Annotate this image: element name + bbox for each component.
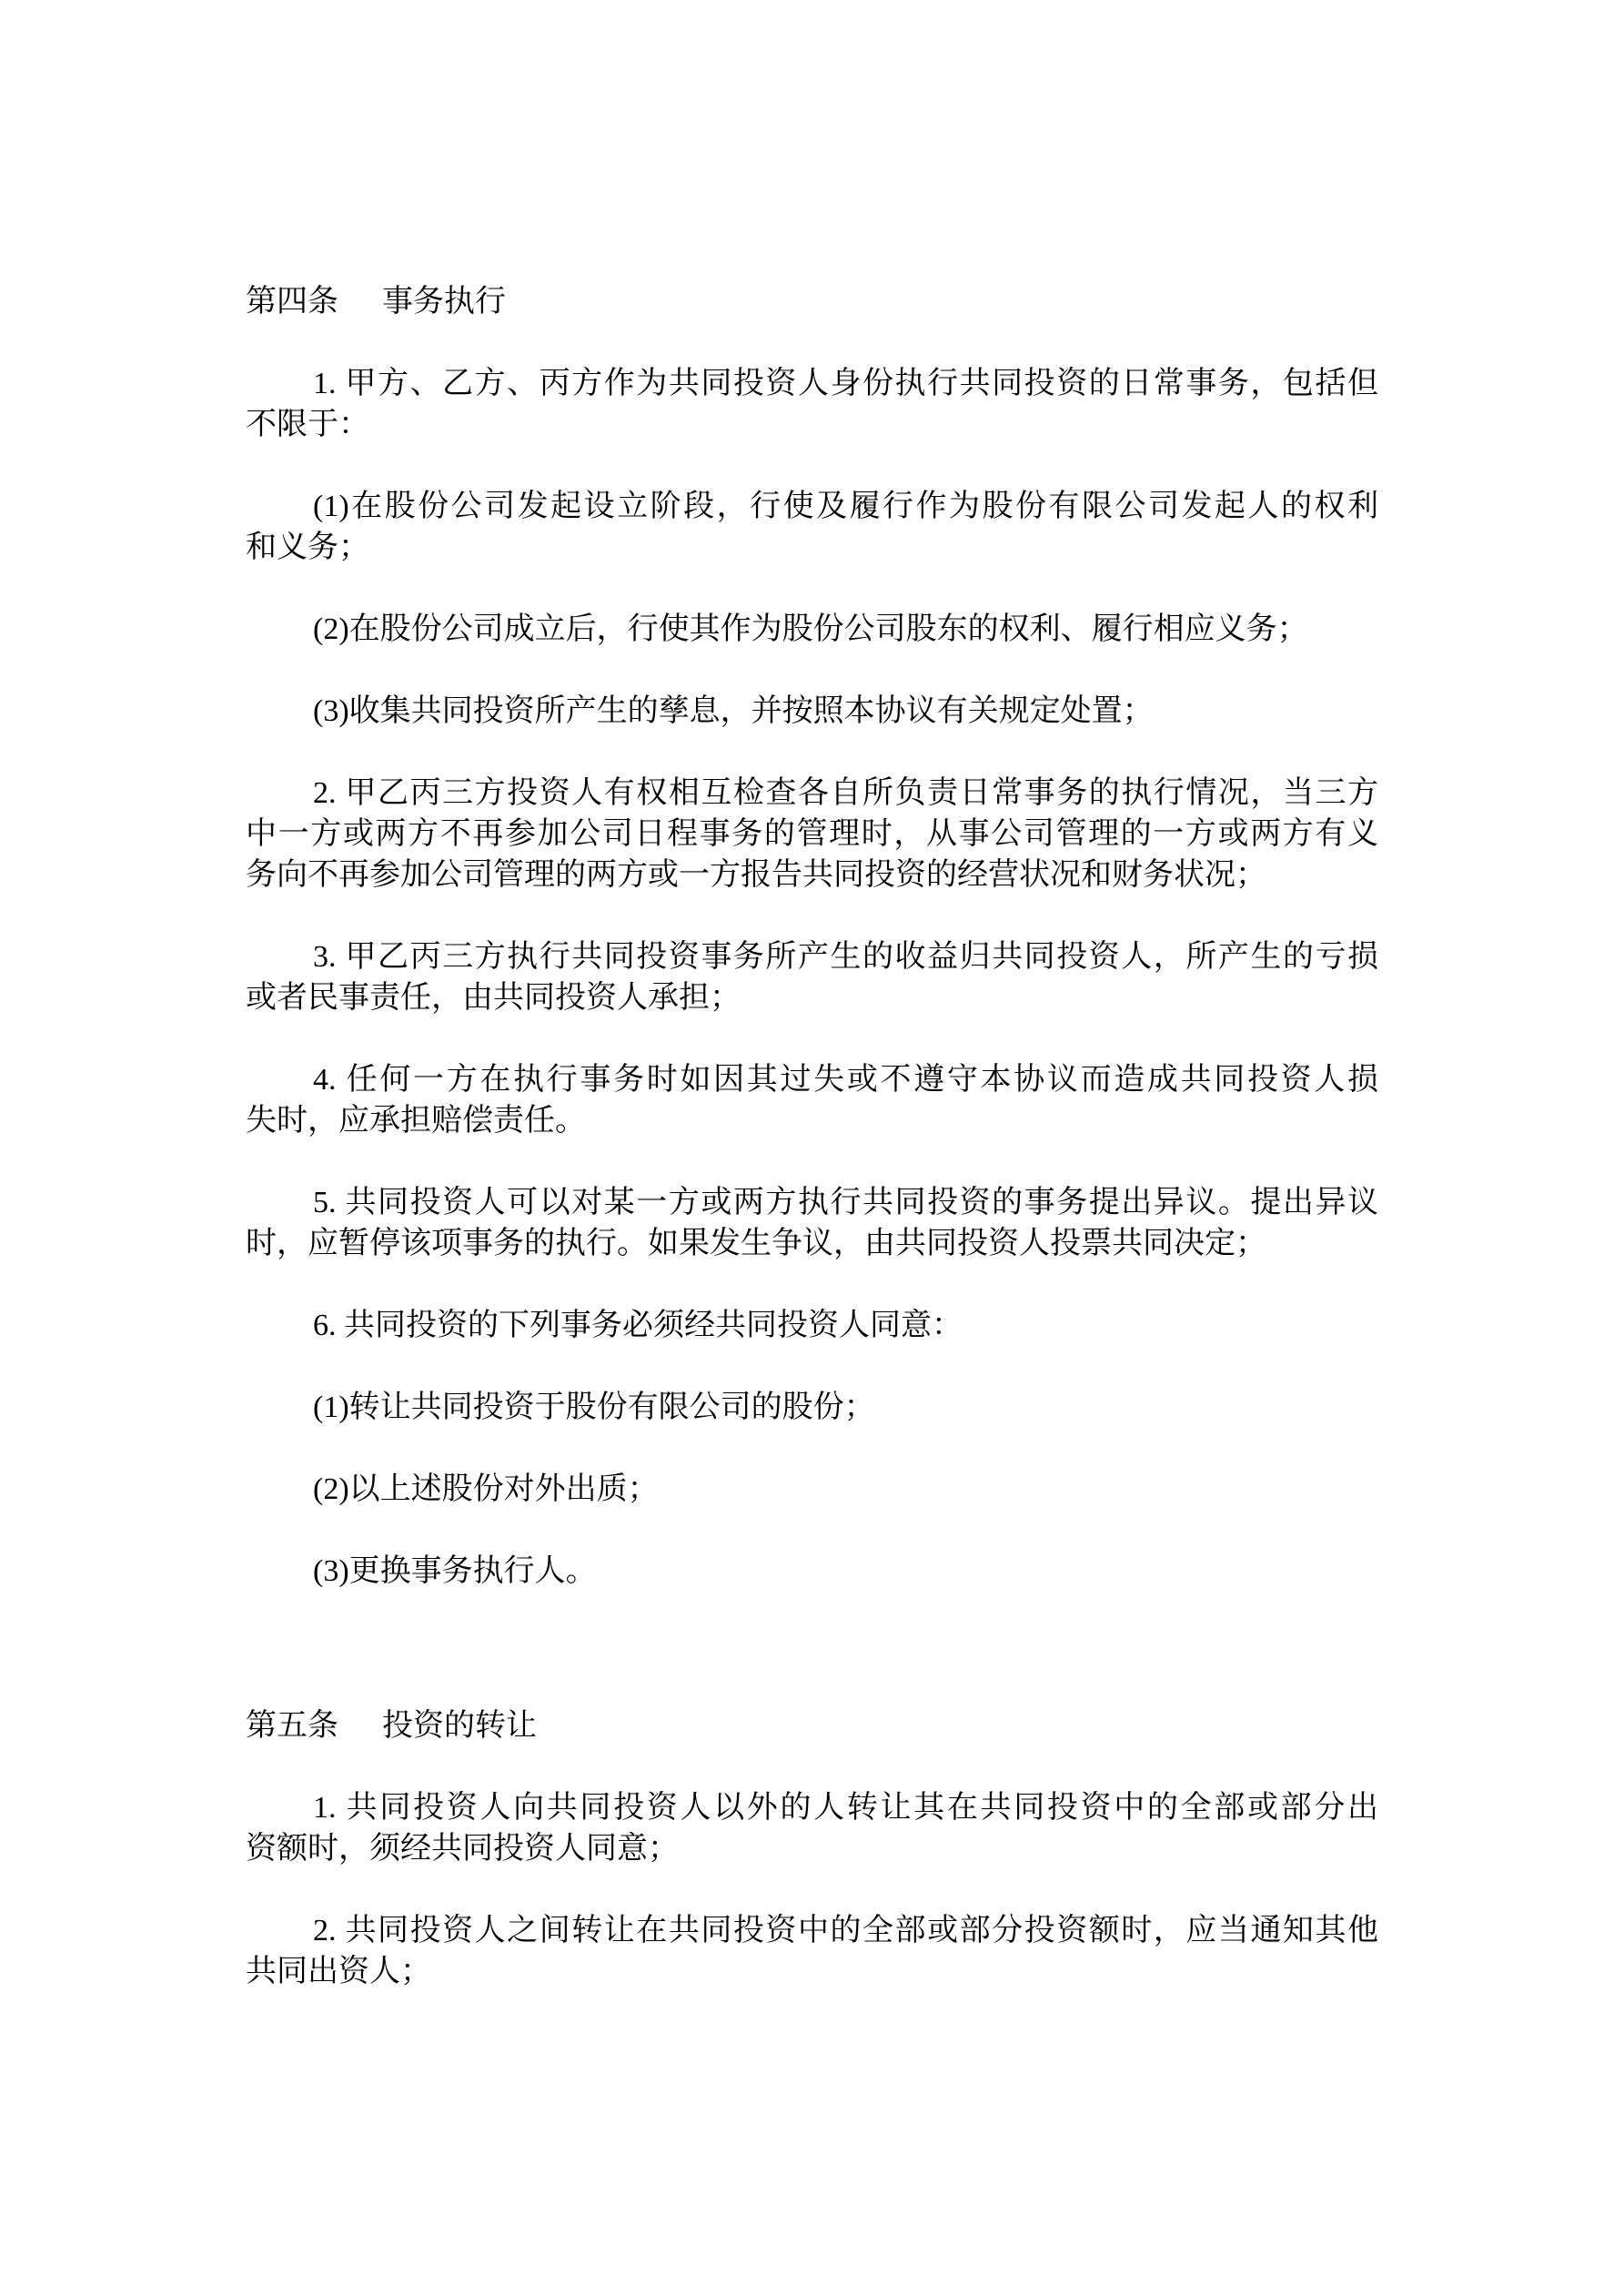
article-title: 事务执行 bbox=[382, 285, 506, 319]
contract-article: 第四条事务执行1. 甲方、乙方、丙方作为共同投资人身份执行共同投资的日常事务，包… bbox=[246, 281, 1378, 1592]
paragraph: (1)转让共同投资于股份有限公司的股份； bbox=[246, 1387, 1378, 1428]
contract-article: 第五条投资的转让1. 共同投资人向共同投资人以外的人转让其在共同投资中的全部或部… bbox=[246, 1705, 1378, 1992]
paragraph-line: 2. 甲乙丙三方投资人有权相互检查各自所负责日常事务的执行情况，当三方 bbox=[246, 773, 1378, 814]
article-heading: 第四条事务执行 bbox=[246, 281, 1378, 322]
paragraph-line: 2. 共同投资人之间转让在共同投资中的全部或部分投资额时，应当通知其他 bbox=[246, 1910, 1378, 1951]
article-number: 第四条 bbox=[246, 285, 338, 319]
paragraph: (3)更换事务执行人。 bbox=[246, 1551, 1378, 1592]
document-body: 第四条事务执行1. 甲方、乙方、丙方作为共同投资人身份执行共同投资的日常事务，包… bbox=[0, 0, 1624, 1992]
article-title: 投资的转让 bbox=[382, 1709, 537, 1743]
paragraph-line: 1. 共同投资人向共同投资人以外的人转让其在共同投资中的全部或部分出 bbox=[246, 1787, 1378, 1828]
article-heading: 第五条投资的转让 bbox=[246, 1705, 1378, 1746]
paragraph-line: (2)以上述股份对外出质； bbox=[246, 1469, 1378, 1510]
paragraph: 1. 甲方、乙方、丙方作为共同投资人身份执行共同投资的日常事务，包括但不限于： bbox=[246, 363, 1378, 445]
paragraph-line: 不限于： bbox=[246, 404, 1378, 445]
paragraph: 5. 共同投资人可以对某一方或两方执行共同投资的事务提出异议。提出异议时，应暂停… bbox=[246, 1182, 1378, 1264]
paragraph-line: (1)在股份公司发起设立阶段，行使及履行作为股份有限公司发起人的权利 bbox=[246, 486, 1378, 527]
paragraph-line: (2)在股份公司成立后，行使其作为股份公司股东的权利、履行相应义务； bbox=[246, 609, 1378, 650]
paragraph: 2. 共同投资人之间转让在共同投资中的全部或部分投资额时，应当通知其他共同出资人… bbox=[246, 1910, 1378, 1992]
paragraph-line: (3)收集共同投资所产生的孳息，并按照本协议有关规定处置； bbox=[246, 691, 1378, 732]
paragraph: (3)收集共同投资所产生的孳息，并按照本协议有关规定处置； bbox=[246, 691, 1378, 732]
paragraph-line: 4. 任何一方在执行事务时如因其过失或不遵守本协议而造成共同投资人损 bbox=[246, 1059, 1378, 1100]
paragraph: (1)在股份公司发起设立阶段，行使及履行作为股份有限公司发起人的权利和义务； bbox=[246, 486, 1378, 568]
paragraph-line: (1)转让共同投资于股份有限公司的股份； bbox=[246, 1387, 1378, 1428]
paragraph-line: (3)更换事务执行人。 bbox=[246, 1551, 1378, 1592]
paragraph-line: 务向不再参加公司管理的两方或一方报告共同投资的经营状况和财务状况； bbox=[246, 855, 1378, 895]
article-number: 第五条 bbox=[246, 1709, 338, 1743]
paragraph-line: 3. 甲乙丙三方执行共同投资事务所产生的收益归共同投资人，所产生的亏损 bbox=[246, 936, 1378, 977]
paragraph: 2. 甲乙丙三方投资人有权相互检查各自所负责日常事务的执行情况，当三方中一方或两… bbox=[246, 773, 1378, 895]
paragraph-line: 和义务； bbox=[246, 527, 1378, 568]
paragraph-line: 5. 共同投资人可以对某一方或两方执行共同投资的事务提出异议。提出异议 bbox=[246, 1182, 1378, 1223]
paragraph-line: 1. 甲方、乙方、丙方作为共同投资人身份执行共同投资的日常事务，包括但 bbox=[246, 363, 1378, 404]
paragraph-line: 中一方或两方不再参加公司日程事务的管理时，从事公司管理的一方或两方有义 bbox=[246, 814, 1378, 855]
paragraph: 4. 任何一方在执行事务时如因其过失或不遵守本协议而造成共同投资人损失时，应承担… bbox=[246, 1059, 1378, 1141]
contract-document-page: 第四条事务执行1. 甲方、乙方、丙方作为共同投资人身份执行共同投资的日常事务，包… bbox=[0, 0, 1624, 2296]
paragraph-line: 共同出资人； bbox=[246, 1951, 1378, 1992]
paragraph: (2)在股份公司成立后，行使其作为股份公司股东的权利、履行相应义务； bbox=[246, 609, 1378, 650]
paragraph-line: 或者民事责任，由共同投资人承担； bbox=[246, 977, 1378, 1018]
paragraph-line: 时，应暂停该项事务的执行。如果发生争议，由共同投资人投票共同决定； bbox=[246, 1223, 1378, 1264]
paragraph: 6. 共同投资的下列事务必须经共同投资人同意： bbox=[246, 1305, 1378, 1346]
paragraph: 3. 甲乙丙三方执行共同投资事务所产生的收益归共同投资人，所产生的亏损或者民事责… bbox=[246, 936, 1378, 1018]
paragraph-line: 6. 共同投资的下列事务必须经共同投资人同意： bbox=[246, 1305, 1378, 1346]
paragraph-line: 失时，应承担赔偿责任。 bbox=[246, 1100, 1378, 1141]
paragraph: 1. 共同投资人向共同投资人以外的人转让其在共同投资中的全部或部分出资额时，须经… bbox=[246, 1787, 1378, 1869]
paragraph: (2)以上述股份对外出质； bbox=[246, 1469, 1378, 1510]
heading-spacer bbox=[338, 310, 382, 311]
paragraph-line: 资额时，须经共同投资人同意； bbox=[246, 1828, 1378, 1869]
heading-spacer bbox=[338, 1735, 382, 1735]
